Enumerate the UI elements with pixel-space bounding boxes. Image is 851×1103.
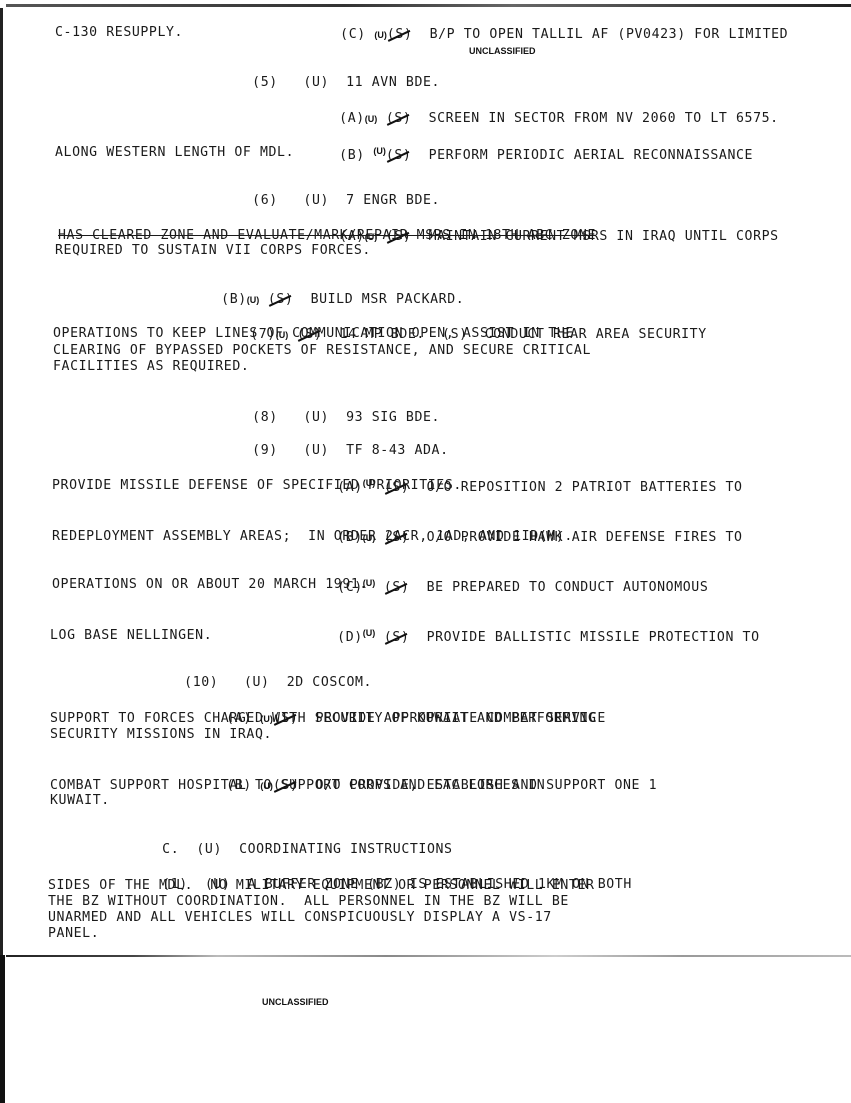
para-9c-line-2: OPERATIONS ON OR ABOUT 20 MARCH 1991.	[52, 577, 368, 592]
para-5b-line-1: (B) (U)(S) PERFORM PERIODIC AERIAL RECON…	[305, 131, 753, 178]
para-c1-line-3: THE BZ WITHOUT COORDINATION. ALL PERSONN…	[48, 894, 569, 909]
para-label: (6)	[252, 193, 278, 208]
para-9d-line-1: (D)(U) (S) PROVIDE BALLISTIC MISSILE PRO…	[303, 613, 760, 660]
classification-marking: (U)	[373, 146, 386, 156]
top-scan-rule	[6, 4, 851, 7]
para-9a-line-2: PROVIDE MISSILE DEFENSE OF SPECIFIED PRI…	[52, 478, 462, 493]
para-7-line-2: OPERATIONS TO KEEP LINES OF COMMUNICATIO…	[53, 326, 574, 341]
para-text: B/P TO OPEN TALLIL AF (PV0423) FOR LIMIT…	[430, 27, 789, 42]
para-4c-line-1: (C) (U)(S) B/P TO OPEN TALLIL AF (PV0423…	[306, 12, 788, 57]
para-text: 93 SIG BDE.	[346, 410, 440, 425]
classification-marking: (U)	[196, 842, 222, 857]
para-label: C.	[162, 842, 179, 857]
para-label: (B)	[221, 292, 247, 307]
classification-marking: (U)	[363, 628, 376, 638]
para-text: BUILD MSR PACKARD.	[311, 292, 465, 307]
struck-marking: (S)	[384, 630, 410, 645]
para-label: (8)	[252, 410, 278, 425]
para-9d-line-2: LOG BASE NELLINGEN.	[50, 628, 212, 643]
left-scan-border	[0, 8, 3, 1103]
para-10b-line-3: KUWAIT.	[50, 793, 110, 808]
para-c1-line-2: SIDES OF THE MDL. NO MILITARY EQUIPMENT …	[48, 878, 595, 893]
para-text: PERFORM PERIODIC AERIAL RECONNAISSANCE	[429, 148, 754, 163]
bottom-scan-rule	[6, 955, 851, 957]
classification-marking: (U)	[303, 443, 329, 458]
para-text: SCREEN IN SECTOR FROM NV 2060 TO LT 6575…	[429, 111, 779, 126]
para-7-line-3: CLEARING OF BYPASSED POCKETS OF RESISTAN…	[53, 343, 591, 358]
left-scan-border-bottom	[0, 955, 5, 1103]
classification-marking: (U)	[244, 675, 270, 690]
classification-marking: (U)	[247, 295, 260, 305]
para-text: TF 8-43 ADA.	[346, 443, 448, 458]
classification-marking: (U)	[365, 114, 378, 124]
para-text: 11 AVN BDE.	[346, 75, 440, 90]
para-text: 2D COSCOM.	[287, 675, 372, 690]
para-label: (10)	[184, 675, 218, 690]
para-text: PROVIDE BALLISTIC MISSILE PROTECTION TO	[427, 630, 760, 645]
classification-footer: UNCLASSIFIED	[262, 997, 329, 1007]
para-label: (D)	[337, 630, 363, 645]
para-text: 7 ENGR BDE.	[346, 193, 440, 208]
para-text: O/O REPOSITION 2 PATRIOT BATTERIES TO	[427, 480, 743, 495]
struck-marking: (S)	[384, 580, 410, 595]
para-4c-line-2: C-130 RESUPPLY.	[55, 25, 183, 40]
struck-marking: (S)	[268, 292, 294, 307]
para-6a-line-3: REQUIRED TO SUSTAIN VII CORPS FORCES.	[55, 243, 371, 258]
classification-header: UNCLASSIFIED	[469, 46, 536, 56]
para-text: BE PREPARED TO CONDUCT AUTONOMOUS	[427, 580, 709, 595]
para-5b-line-2: ALONG WESTERN LENGTH OF MDL.	[55, 145, 294, 160]
classification-marking: (U)	[303, 193, 329, 208]
document-page: (C) (U)(S) B/P TO OPEN TALLIL AF (PV0423…	[0, 0, 851, 1103]
struck-marking: (S)	[386, 148, 412, 163]
para-label: (C)	[340, 27, 366, 42]
para-10a-line-3: SECURITY MISSIONS IN IRAQ.	[50, 727, 272, 742]
para-label: (B)	[339, 148, 365, 163]
para-6a-struck-line: HAS CLEARED ZONE AND EVALUATE/MARK/REPAI…	[58, 228, 596, 243]
para-c1-line-4: UNARMED AND ALL VEHICLES WILL CONSPICUOU…	[48, 910, 552, 925]
para-label: (A)	[339, 111, 365, 126]
struck-marking: (S)	[386, 111, 412, 126]
para-c1-line-5: PANEL.	[48, 926, 99, 941]
para-label: (5)	[252, 75, 278, 90]
para-7-line-4: FACILITIES AS REQUIRED.	[53, 359, 249, 374]
classification-marking: (U)	[374, 30, 387, 40]
struck-marking: (S)	[387, 27, 413, 42]
classification-marking: (U)	[303, 410, 329, 425]
para-label: (9)	[252, 443, 278, 458]
para-10a-line-2: SUPPORT TO FORCES CHARGED WITH SECURITY …	[50, 711, 597, 726]
section-title: COORDINATING INSTRUCTIONS	[239, 842, 453, 857]
classification-marking: (U)	[303, 75, 329, 90]
para-9b-line-2: REDEPLOYMENT ASSEMBLY AREAS; IN ORDER 2A…	[52, 529, 573, 544]
para-10b-line-2: COMBAT SUPPORT HOSPITAL TO SUPPORT CORPS…	[50, 778, 545, 793]
